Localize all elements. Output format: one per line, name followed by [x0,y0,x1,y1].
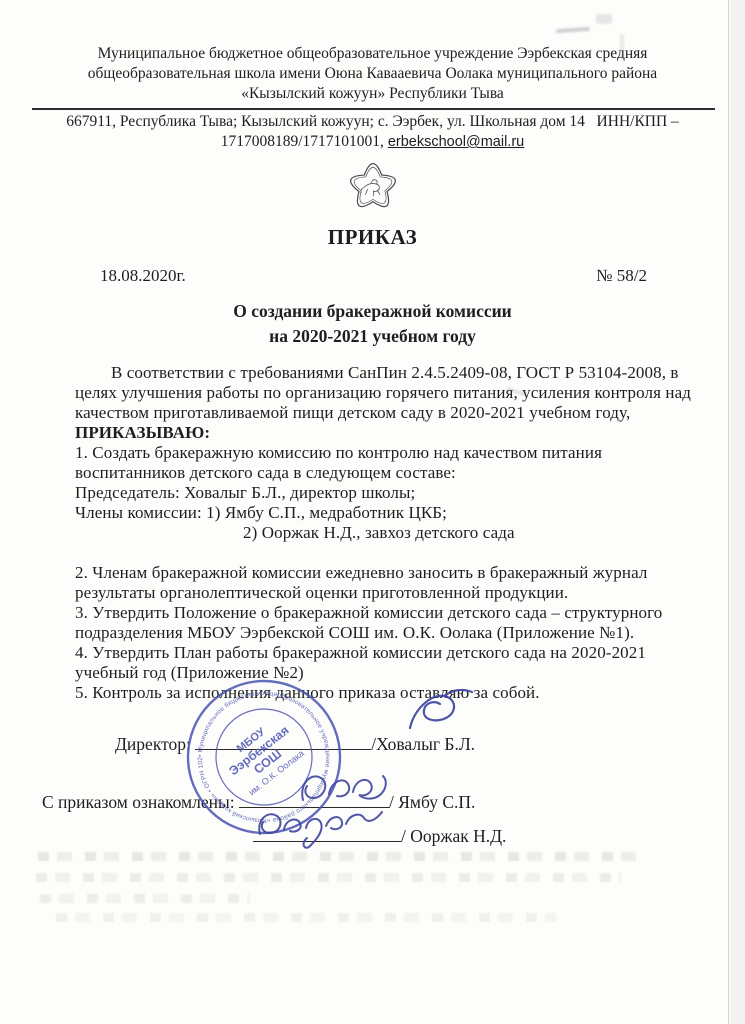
body-line: 1. Создать бракеражную комиссию по контр… [75,443,705,463]
header-divider [32,108,715,110]
body-line: В соответствии с требованиями СанПин 2.4… [75,363,705,383]
order-body: В соответствии с требованиями СанПин 2.4… [0,363,745,703]
org-contact-block: 667911, Республика Тыва; Кызылский кожуу… [0,112,745,152]
emblem-svg [328,155,418,219]
bleed-through-artifact [38,852,638,861]
acknowledged-row-2: / Ооржак Н.Д. [0,826,745,847]
body-line: результаты органолептической оценки приг… [75,583,705,603]
scan-smudge [620,34,624,60]
org-name-line: «Кызылский кожуун» Республики Тыва [0,84,745,104]
acknowledged-row-1: С приказом ознакомлены: / Ямбу С.П. [0,792,745,813]
signature-line [195,735,371,750]
bleed-through-artifact [36,873,621,882]
acknowledged-name-2: / Ооржак Н.Д. [401,826,506,846]
body-line: целях улучшения работы по организацию го… [75,383,705,403]
resolve-word: ПРИКАЗЫВАЮ: [75,423,705,443]
scanned-order-document: Муниципальное бюджетное общеобразователь… [0,0,745,1024]
body-line: 5. Контроль за исполнения данного приказ… [75,683,705,703]
body-line: Председатель: Ховалыг Б.Л., директор шко… [75,483,705,503]
org-address-line: 667911, Республика Тыва; Кызылский кожуу… [0,112,745,132]
body-line: воспитанников детского сада в следующем … [75,463,705,483]
body-line: 2) Ооржак Н.Д., завхоз детского сада [75,523,705,543]
stamp-center-line: им. О.К. Оолака [247,748,306,797]
doc-number: № 58/2 [596,266,647,286]
body-line: 3. Утвердить Положение о бракеражной ком… [75,603,705,623]
signature-line [253,827,401,842]
subject-line: О создании бракеражной комиссии [0,299,745,324]
director-label: Директор: [115,734,191,754]
doc-type-title: ПРИКАЗ [0,225,745,250]
bleed-through-artifact [56,913,556,922]
bleed-through-artifact [40,894,250,903]
acknowledged-name-1: / Ямбу С.П. [389,792,475,812]
body-line: 2. Членам бракеражной комиссии ежедневно… [75,563,705,583]
body-line: Члены комиссии: 1) Ямбу С.П., медработни… [75,503,705,523]
body-line: учебный год (Приложение №2) [75,663,705,683]
director-name: /Ховалыг Б.Л. [371,734,475,754]
org-name-line: Муниципальное бюджетное общеобразователь… [0,44,745,64]
acknowledged-label: С приказом ознакомлены: [42,792,235,812]
signature-line [239,793,389,808]
body-line-blank [75,543,705,563]
date-number-row: 18.08.2020г. № 58/2 [0,266,745,286]
org-name-line: общеобразовательная школа имени Оюна Кав… [0,64,745,84]
body-line: качеством приготавливаемой пищи детском … [75,403,705,423]
org-inn-numbers: 1717008189/1717101001, [221,133,388,150]
email-link[interactable]: erbekschool@mail.ru [388,134,524,150]
body-line: подразделения МБОУ Ээрбекской СОШ им. О.… [75,623,705,643]
org-header: Муниципальное бюджетное общеобразователь… [0,0,745,104]
subject-line: на 2020-2021 учебном году [0,324,745,349]
tuva-flower-horseman-emblem-icon [328,155,418,219]
director-signature-row: Директор: /Ховалыг Б.Л. [0,734,745,755]
scan-smudge [596,14,612,24]
doc-subject: О создании бракеражной комиссии на 2020-… [0,299,745,349]
doc-date: 18.08.2020г. [100,266,186,286]
scan-edge-shadow [728,0,745,1024]
org-inn-email-line: 1717008189/1717101001, erbekschool@mail.… [0,132,745,152]
body-line: 4. Утвердить План работы бракеражной ком… [75,643,705,663]
